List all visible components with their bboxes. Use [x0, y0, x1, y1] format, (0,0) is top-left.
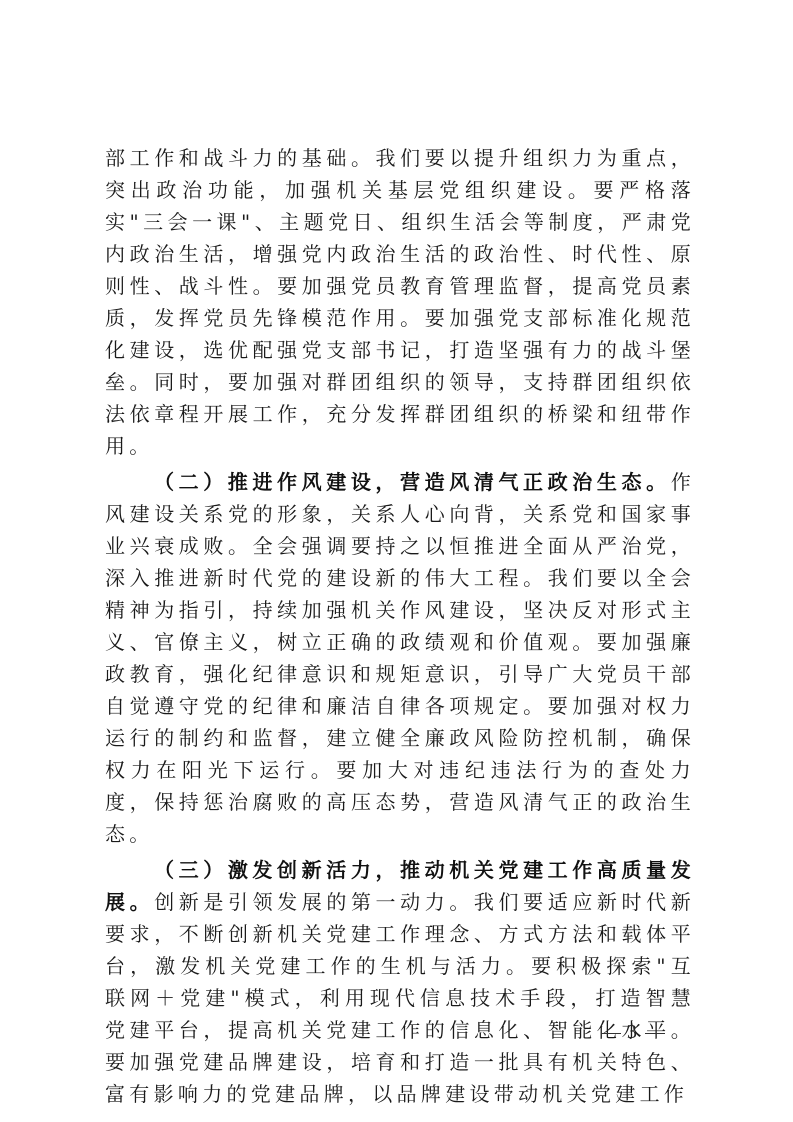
paragraph-text: 部工作和战斗力的基础。我们要以提升组织力为重点，突出政治功能，加强机关基层党组织…: [105, 146, 695, 458]
page-number: 3: [595, 1018, 671, 1046]
dash-right-icon: [645, 1033, 665, 1034]
paragraph-text: 作风建设关系党的形象，关系人心向背，关系党和国家事业兴衰成败。全会强调要持之以恒…: [105, 470, 695, 846]
paragraph-innovation: （三）激发创新活力，推动机关党建工作高质量发展。创新是引领发展的第一动力。我们要…: [105, 854, 695, 1110]
paragraph-work-style: （二）推进作风建设，营造风清气正政治生态。作风建设关系党的形象，关系人心向背，关…: [105, 466, 695, 850]
dash-left-icon: [601, 1033, 621, 1034]
document-body: 部工作和战斗力的基础。我们要以提升组织力为重点，突出政治功能，加强机关基层党组织…: [105, 142, 695, 1110]
document-page: 部工作和战斗力的基础。我们要以提升组织力为重点，突出政治功能，加强机关基层党组织…: [0, 0, 793, 1122]
section-heading-two: （二）推进作风建设，营造风清气正政治生态。: [154, 470, 671, 494]
paragraph-text: 创新是引领发展的第一动力。我们要适应新时代新要求，不断创新机关党建工作理念、方式…: [105, 890, 695, 1106]
paragraph-party-organization: 部工作和战斗力的基础。我们要以提升组织力为重点，突出政治功能，加强机关基层党组织…: [105, 142, 695, 462]
page-number-value: 3: [627, 1021, 639, 1043]
